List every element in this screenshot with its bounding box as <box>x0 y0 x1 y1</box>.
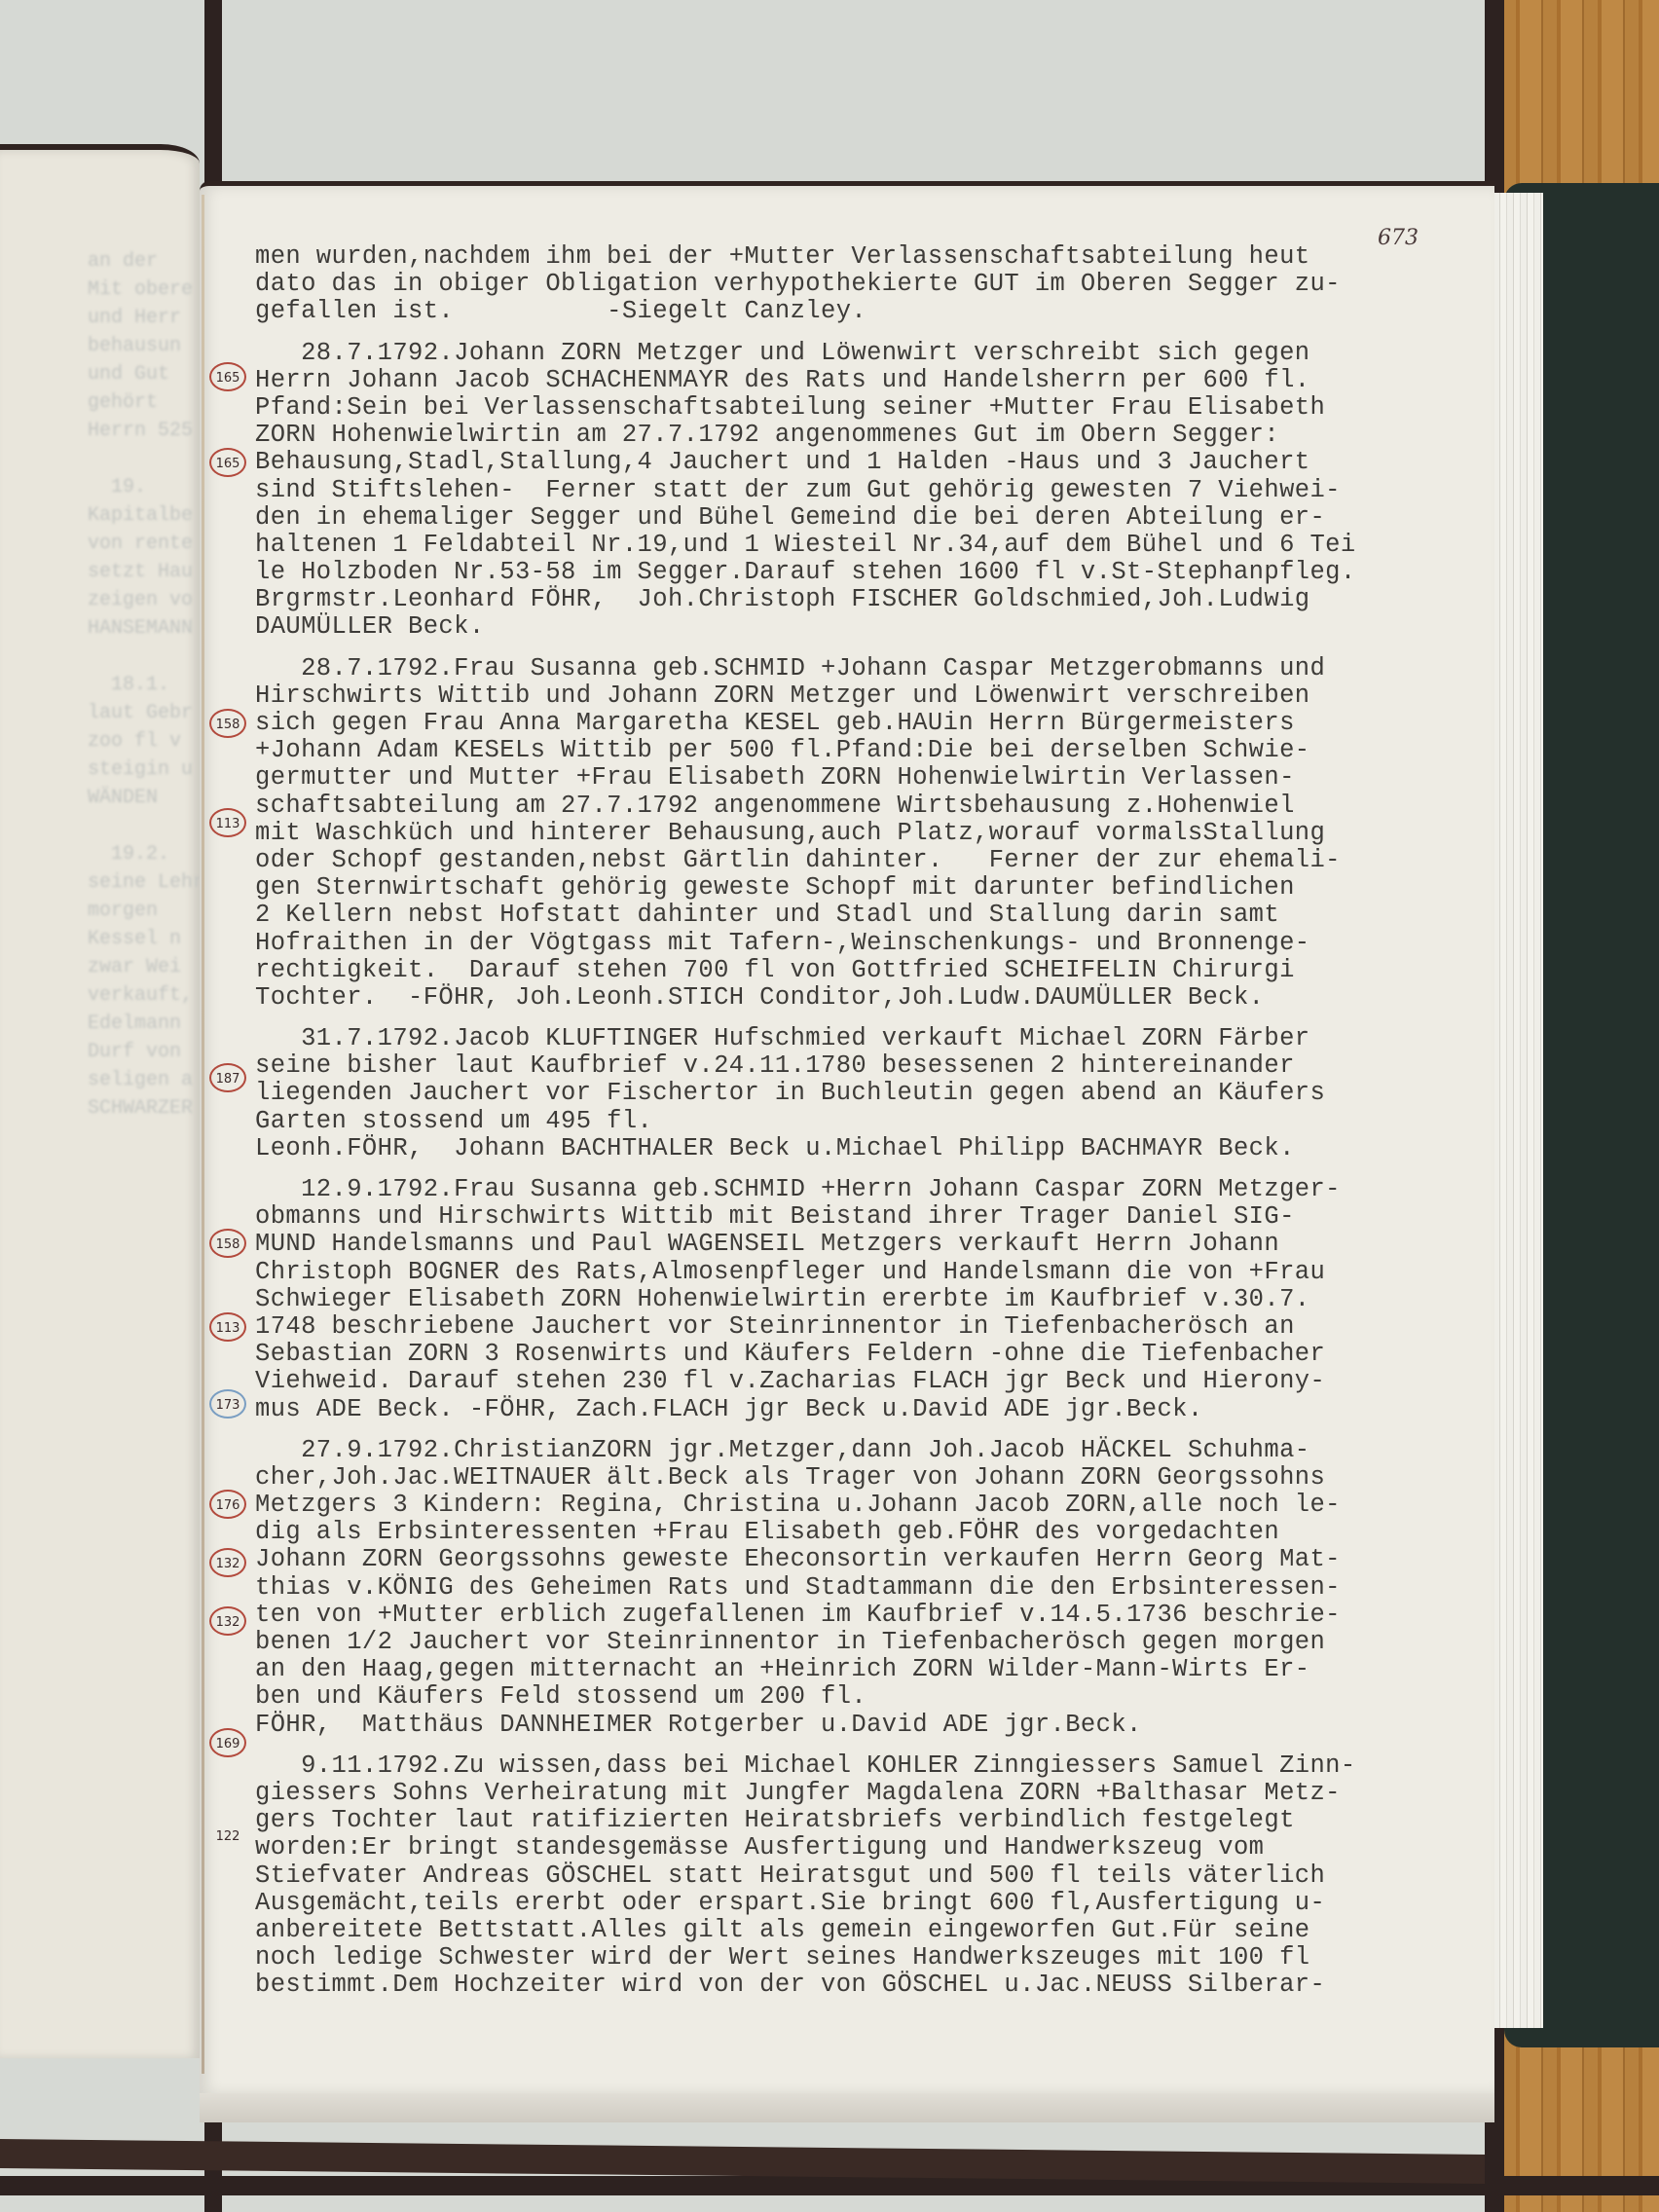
text-line: seine bisher laut Kaufbrief v.24.11.1780… <box>255 1052 1492 1080</box>
text-line: Schwieger Elisabeth ZORN Hohenwielwirtin… <box>255 1286 1492 1313</box>
book-gutter <box>202 195 204 2074</box>
text-line: Hirschwirts Wittib und Johann ZORN Metzg… <box>255 682 1492 710</box>
margin-reference-number: 187 <box>209 1063 246 1092</box>
text-line: 1748 beschriebene Jauchert vor Steinrinn… <box>255 1313 1492 1341</box>
text-line: liegenden Jauchert vor Fischertor in Buc… <box>255 1080 1492 1107</box>
text-line: FÖHR, Matthäus DANNHEIMER Rotgerber u.Da… <box>255 1712 1492 1739</box>
text-line: mus ADE Beck. -FÖHR, Zach.FLACH jgr Beck… <box>255 1396 1492 1423</box>
text-line: ten von +Mutter erblich zugefallenen im … <box>255 1602 1492 1629</box>
text-line: Pfand:Sein bei Verlassenschaftsabteilung… <box>255 394 1492 422</box>
text-line: Viehweid. Darauf stehen 230 fl v.Zachari… <box>255 1368 1492 1395</box>
text-line: 28.7.1792.Johann ZORN Metzger und Löwenw… <box>255 340 1492 367</box>
text-line: 2 Kellern nebst Hofstatt dahinter und St… <box>255 902 1492 929</box>
text-line: Brgrmstr.Leonhard FÖHR, Joh.Christoph FI… <box>255 586 1492 613</box>
text-line: 31.7.1792.Jacob KLUFTINGER Hufschmied ve… <box>255 1025 1492 1052</box>
text-line: noch ledige Schwester wird der Wert sein… <box>255 1944 1492 1972</box>
text-line: oder Schopf gestanden,nebst Gärtlin dahi… <box>255 847 1492 874</box>
text-line: rechtigkeit. Darauf stehen 700 fl von Go… <box>255 957 1492 984</box>
typewritten-text: men wurden,nachdem ihm bei der +Mutter V… <box>255 243 1492 1999</box>
margin-reference-number: 158 <box>209 1229 246 1258</box>
text-line: DAUMÜLLER Beck. <box>255 613 1492 641</box>
text-line: Christoph BOGNER des Rats,Almosenpfleger… <box>255 1259 1492 1286</box>
text-line: an den Haag,gegen mitternacht an +Heinri… <box>255 1656 1492 1683</box>
left-page: an der Mit obere und Herr behausun und G… <box>0 144 200 2058</box>
text-line: Behausung,Stadl,Stallung,4 Jauchert und … <box>255 449 1492 476</box>
margin-reference-number: 122 <box>209 1821 246 1850</box>
text-line: den in ehemaliger Segger und Bühel Gemei… <box>255 504 1492 532</box>
text-line: Leonh.FÖHR, Johann BACHTHALER Beck u.Mic… <box>255 1135 1492 1162</box>
page-curl-shadow <box>200 2093 1494 2122</box>
text-line: schaftsabteilung am 27.7.1792 angenommen… <box>255 793 1492 820</box>
text-line: ZORN Hohenwielwirtin am 27.7.1792 angeno… <box>255 422 1492 449</box>
text-line: cher,Joh.Jac.WEITNAUER ält.Beck als Trag… <box>255 1464 1492 1492</box>
text-line: dig als Erbsinteressenten +Frau Elisabet… <box>255 1519 1492 1546</box>
paragraph-gap <box>255 1012 1492 1025</box>
text-line: germutter und Mutter +Frau Elisabeth ZOR… <box>255 764 1492 792</box>
margin-reference-number: 113 <box>209 808 246 837</box>
text-line: sind Stiftslehen- Ferner statt der zum G… <box>255 477 1492 504</box>
text-line: gefallen ist. -Siegelt Canzley. <box>255 298 1492 325</box>
text-line: le Holzboden Nr.53-58 im Segger.Darauf s… <box>255 559 1492 586</box>
text-line: Herrn Johann Jacob SCHACHENMAYR des Rats… <box>255 367 1492 394</box>
text-line: bestimmt.Dem Hochzeiter wird von der von… <box>255 1972 1492 1999</box>
text-line: mit Waschküch und hinterer Behausung,auc… <box>255 820 1492 847</box>
text-line: +Johann Adam KESELs Wittib per 500 fl.Pf… <box>255 737 1492 764</box>
margin-reference-number: 132 <box>209 1606 246 1636</box>
text-line: 28.7.1792.Frau Susanna geb.SCHMID +Johan… <box>255 655 1492 682</box>
margin-reference-number: 113 <box>209 1312 246 1342</box>
text-line: haltenen 1 Feldabteil Nr.19,und 1 Wieste… <box>255 532 1492 559</box>
text-line: 9.11.1792.Zu wissen,dass bei Michael KOH… <box>255 1752 1492 1780</box>
text-line: gers Tochter laut ratifizierten Heiratsb… <box>255 1807 1492 1834</box>
text-line: anbereitete Bettstatt.Alles gilt als gem… <box>255 1917 1492 1944</box>
text-line: worden:Er bringt standesgemässe Ausferti… <box>255 1834 1492 1862</box>
text-line: Garten stossend um 495 fl. <box>255 1108 1492 1135</box>
margin-reference-number: 158 <box>209 709 246 738</box>
text-line: Sebastian ZORN 3 Rosenwirts und Käufers … <box>255 1341 1492 1368</box>
paragraph-gap <box>255 326 1492 340</box>
paragraph-gap <box>255 1162 1492 1176</box>
text-line: dato das in obiger Obligation verhypothe… <box>255 271 1492 298</box>
text-line: Johann ZORN Georgssohns geweste Eheconso… <box>255 1546 1492 1573</box>
margin-reference-number: 165 <box>209 448 246 477</box>
margin-reference-number: 165 <box>209 362 246 391</box>
left-page-bleed-text: an der Mit obere und Herr behausun und G… <box>88 247 185 1123</box>
margin-reference-number: 176 <box>209 1490 246 1519</box>
text-line: 27.9.1792.ChristianZORN jgr.Metzger,dann… <box>255 1437 1492 1464</box>
text-line: men wurden,nachdem ihm bei der +Mutter V… <box>255 243 1492 271</box>
text-line: Ausgemächt,teils ererbt oder erspart.Sie… <box>255 1890 1492 1917</box>
text-line: giessers Sohns Verheiratung mit Jungfer … <box>255 1780 1492 1807</box>
text-line: obmanns und Hirschwirts Wittib mit Beist… <box>255 1203 1492 1231</box>
margin-reference-number: 132 <box>209 1548 246 1577</box>
paragraph-gap <box>255 642 1492 655</box>
text-line: sich gegen Frau Anna Margaretha KESEL ge… <box>255 710 1492 737</box>
text-line: MUND Handelsmanns und Paul WAGENSEIL Met… <box>255 1231 1492 1258</box>
margin-reference-number: 173 <box>209 1389 246 1419</box>
text-line: ben und Käufers Feld stossend um 200 fl. <box>255 1683 1492 1711</box>
text-line: Stiefvater Andreas GÖSCHEL statt Heirats… <box>255 1862 1492 1890</box>
text-line: Hofraithen in der Vögtgass mit Tafern-,W… <box>255 930 1492 957</box>
text-line: Tochter. -FÖHR, Joh.Leonh.STICH Conditor… <box>255 984 1492 1012</box>
text-line: benen 1/2 Jauchert vor Steinrinnentor in… <box>255 1629 1492 1656</box>
text-line: 12.9.1792.Frau Susanna geb.SCHMID +Herrn… <box>255 1176 1492 1203</box>
text-line: Metzgers 3 Kindern: Regina, Christina u.… <box>255 1492 1492 1519</box>
text-line: thias v.KÖNIG des Geheimen Rats und Stad… <box>255 1574 1492 1602</box>
paragraph-gap <box>255 1739 1492 1752</box>
paragraph-gap <box>255 1423 1492 1437</box>
margin-reference-number: 169 <box>209 1728 246 1757</box>
text-line: gen Sternwirtschaft gehörig geweste Scho… <box>255 874 1492 902</box>
